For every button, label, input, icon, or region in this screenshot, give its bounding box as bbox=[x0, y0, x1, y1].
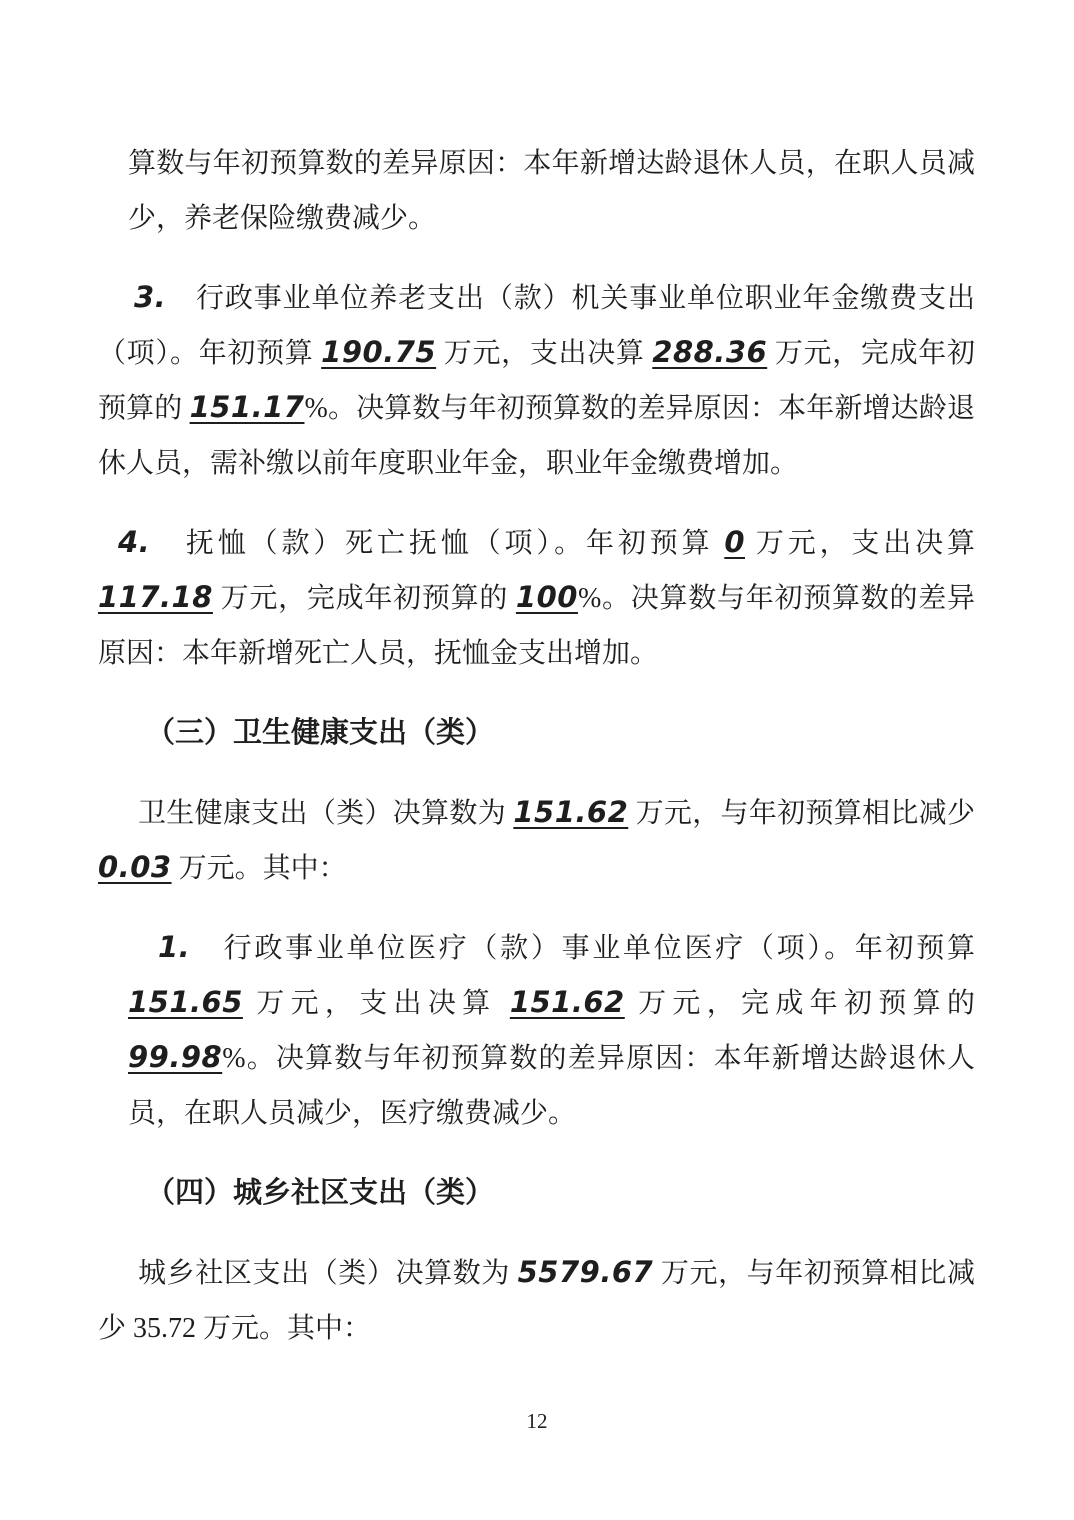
section-heading-health-expenditure: （三）卫生健康支出（类） bbox=[98, 706, 975, 761]
text-segment: 万元，完成年初预算的 bbox=[213, 583, 516, 614]
budget-figure: 117.18 bbox=[98, 580, 213, 614]
heading-text: （三）卫生健康支出（类） bbox=[146, 717, 494, 749]
paragraph-health-expenditure-summary: 卫生健康支出（类）决算数为 151.62 万元，与年初预算相比减少 0.03 万… bbox=[98, 786, 975, 896]
paragraph-item-4-death-benefit: 4. 抚恤（款）死亡抚恤（项）。年初预算 0 万元，支出决算 117.18 万元… bbox=[98, 516, 975, 681]
text-segment: 万元，支出决算 bbox=[745, 528, 975, 559]
paragraph-item-3-pension-annuity: 3. 行政事业单位养老支出（款）机关事业单位职业年金缴费支出（项）。年初预算 1… bbox=[98, 271, 975, 491]
text-segment: 万元，支出决算 bbox=[243, 988, 510, 1019]
text-segment: 万元，与年初预算相比减少 bbox=[628, 798, 975, 829]
text-segment: 抚恤（款）死亡抚恤（项）。年初预算 bbox=[150, 528, 724, 559]
text-segment: 万元，完成年初预算的 bbox=[625, 988, 975, 1019]
budget-figure: 99.98 bbox=[128, 1040, 222, 1074]
list-number: 3. bbox=[134, 280, 166, 314]
text-segment: 卫生健康支出（类）决算数为 bbox=[138, 798, 513, 829]
heading-text: （四）城乡社区支出（类） bbox=[146, 1177, 494, 1209]
document-content: 算数与年初预算数的差异原因：本年新增达龄退休人员，在职人员减少，养老保险缴费减少… bbox=[98, 136, 975, 1356]
paragraph-item2-continuation: 算数与年初预算数的差异原因：本年新增达龄退休人员，在职人员减少，养老保险缴费减少… bbox=[98, 136, 975, 246]
paragraph-item-1-medical: 1. 行政事业单位医疗（款）事业单位医疗（项）。年初预算 151.65 万元，支… bbox=[128, 921, 975, 1141]
list-number: 4. bbox=[118, 525, 150, 559]
text-segment: 算数与年初预算数的差异原因：本年新增达龄退休人员，在职人员减少，养老保险缴费减少… bbox=[128, 148, 975, 234]
budget-figure: 151.62 bbox=[513, 795, 628, 829]
budget-figure: 100 bbox=[516, 580, 578, 614]
budget-figure: 0.03 bbox=[98, 850, 172, 884]
text-segment: 城乡社区支出（类）决算数为 bbox=[138, 1258, 518, 1289]
text-segment: 万元，支出决算 bbox=[436, 338, 652, 369]
paragraph-urban-rural-community-summary: 城乡社区支出（类）决算数为 5579.67 万元，与年初预算相比减少 35.72… bbox=[98, 1246, 975, 1356]
budget-figure: 151.62 bbox=[510, 985, 625, 1019]
budget-figure: 5579.67 bbox=[518, 1255, 654, 1289]
budget-figure: 151.17 bbox=[190, 390, 305, 424]
text-segment: 行政事业单位医疗（款）事业单位医疗（项）。年初预算 bbox=[190, 933, 975, 964]
budget-figure: 288.36 bbox=[652, 335, 767, 369]
text-segment: %。决算数与年初预算数的差异原因：本年新增达龄退休人员，在职人员减少，医疗缴费减… bbox=[128, 1043, 975, 1129]
page-number: 12 bbox=[0, 1408, 1074, 1434]
budget-figure: 151.65 bbox=[128, 985, 243, 1019]
section-heading-urban-rural-community-expenditure: （四）城乡社区支出（类） bbox=[98, 1166, 975, 1221]
document-page: 算数与年初预算数的差异原因：本年新增达龄退休人员，在职人员减少，养老保险缴费减少… bbox=[0, 0, 1074, 1520]
budget-figure: 0 bbox=[724, 525, 745, 559]
text-segment: 万元。其中： bbox=[172, 853, 347, 884]
list-number: 1. bbox=[158, 930, 190, 964]
budget-figure: 190.75 bbox=[321, 335, 436, 369]
